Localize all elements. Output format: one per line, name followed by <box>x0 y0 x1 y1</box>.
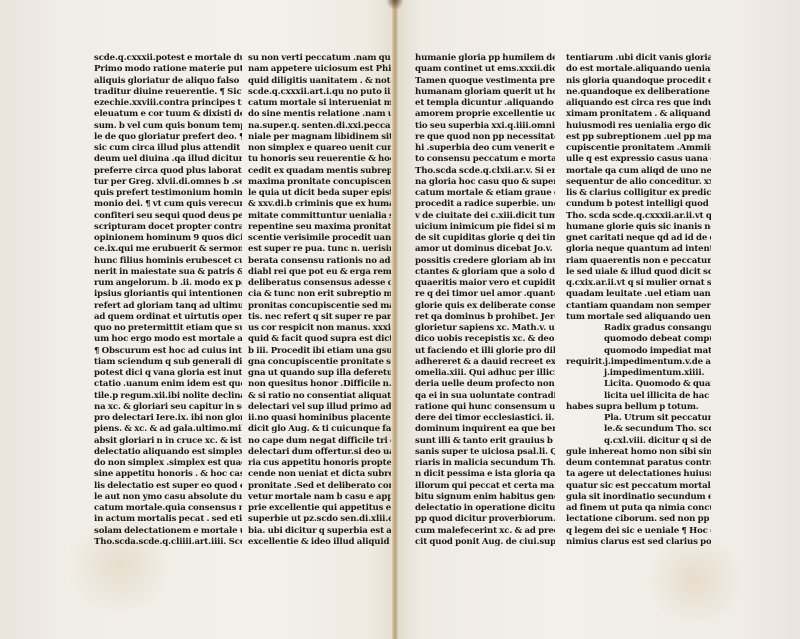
text-line: ctantes & gloriam que a solo deo est no <box>415 267 555 278</box>
text-line: re q dei timor uel amor .quanto huic <box>415 289 555 300</box>
text-line: diabl rei que pot eu & erga rem parum <box>248 267 391 278</box>
text-line: adhereret & a dauid recreet ex illa. Gre… <box>415 357 555 368</box>
text-line: sequentur de alio conceditur. xxv.di.qua <box>566 177 711 188</box>
text-line: ctantiam quandam non semper est pecca <box>566 301 711 312</box>
text-line: catum mortale & etiam graue qa uitetur <box>415 188 555 199</box>
left-page-column-1: scde.q.cxxxii.potest e mortale duplicite… <box>94 53 242 548</box>
text-line: scentie verisimile procedit uana gloria … <box>248 233 391 244</box>
text-line: delectatio aliquando est simplex. & aliq… <box>94 447 242 458</box>
text-line: Tamen quoque vestimenta precipua n ob <box>415 76 555 87</box>
text-line: qa ei in sua uoluntate contradicit & ead… <box>415 391 555 402</box>
text-line: gna ut quando sup illa deferetur homini <box>248 368 391 379</box>
text-line: riaris in malicia secundum Th. de lira q <box>415 458 555 469</box>
right-page-column-1: humanie gloria pp humilem delectacionemq… <box>415 53 555 548</box>
text-line: sanis super te uiciosa psal.li. Quid glo <box>415 447 555 458</box>
book-spread: scde.q.cxxxii.potest e mortale duplicite… <box>0 0 800 639</box>
text-line: & xxv.di.b criminis que ex humana infir <box>248 199 391 210</box>
text-line: lis & clarius colligitur ex predictis . … <box>566 188 711 199</box>
text-line: do est mortale.aliquando ueniale.nam ina <box>566 64 711 75</box>
text-line: nam appetere uiciosum est Phil. iii. u <box>248 64 391 75</box>
text-line: re que quod non pp necessitatem suam <box>415 132 555 143</box>
text-line: nimius clarus est sed clarius ponitur i … <box>566 537 711 548</box>
text-line: do sine mentis relatione .nam ut note Bo <box>248 109 391 120</box>
text-line: ad quem ordinat et uirtutis opera. & pro <box>94 312 242 323</box>
text-line: tio seu superbia xxi.q.iiii.omnis deo of… <box>415 121 555 132</box>
text-line: dicit glo Aug. & ti cuicunque facile e l… <box>248 424 391 435</box>
text-line: quid & facit quod supra est dictum furti <box>248 334 391 345</box>
text-line: q legem dei sic e ueniale ¶ Hoc dictum <box>566 526 711 537</box>
text-line: solam delectationem e mortale ut notat <box>94 526 242 537</box>
text-line: le.& secundum Tho. scda scde. <box>566 424 711 435</box>
text-line: tur per Greg. xlvii.di.omnes b .seu cu <box>94 177 242 188</box>
text-line: delectari dum offertur.si deo uana glo <box>248 447 391 458</box>
text-line: tentiarum .ubi dicit vanis gloria aliqua… <box>566 53 711 64</box>
text-line: do non simplex .simplex est quado uenit <box>94 458 242 469</box>
text-line: gloria neque quantum ad intentionem glo <box>566 244 711 255</box>
text-line: catum mortale.quia consensus non solu <box>94 503 242 514</box>
text-line: deum contemnat paratus contra dei precep… <box>566 458 711 469</box>
text-line: deliberatus consensus adesse cum mali <box>248 278 391 289</box>
text-line: n dicit pessima e ista gloria qa propter… <box>415 469 555 480</box>
text-line: sic cum circa illud plus attendit q erga <box>94 143 242 154</box>
text-line: sine appetitu honoris . & hoc casu nec t… <box>94 469 242 480</box>
text-line: gule inhereat homo non sibi sint pp quas <box>566 447 711 458</box>
text-line: ezechie.xxviii.contra principes tiri dic… <box>94 98 242 109</box>
text-line: hunc filius hominis erubescet cum ue <box>94 256 242 267</box>
text-line: Primo modo ratione materie puta cus <box>94 64 242 75</box>
text-line: no cape dum negat difficile tri e eu no <box>248 436 391 447</box>
text-line: piens. & xc. & ad gala.ultimo.mihi autem <box>94 424 242 435</box>
text-line: pp quod dicitur proverbiorum. ii. letant <box>415 514 555 525</box>
text-line: pro delectari Iere.ix. ibi non glorietur… <box>94 413 242 424</box>
text-line: Tho.scda scde.q.clxii.ar.v. Si ergo ua <box>415 166 555 177</box>
text-line: ut faciendo et illi glorie pro dilection… <box>415 346 555 357</box>
text-line: pronitas concupiscentie sed malicia men <box>248 301 391 312</box>
text-line: hi .superbia deo cum venerit et delibera <box>415 143 555 154</box>
text-line: nis gloria quandoque procedit ex subrept… <box>566 76 711 87</box>
text-line: ret qa dominus b prohibet. Jere.ix.ibi n <box>415 312 555 323</box>
text-line: est pp subreptionem .uel pp maximam con <box>566 132 711 143</box>
text-line: superbie ut pz.scdo sen.di.xlii.c.et sup… <box>248 514 391 525</box>
binding-shadow <box>386 0 404 10</box>
text-line: humane glorie quis sic inanis non repu <box>566 222 711 233</box>
text-line: tu honoris seu reuerentie & hoc casu si … <box>248 154 391 165</box>
text-line: non simplex e quareo uenit cum appeti <box>248 143 391 154</box>
text-line: Tho. scda scde.q.cxxxii.ar.ii.vt q si am… <box>566 211 711 222</box>
text-line: aliquis gloriatur de aliquo falso quod 9 <box>94 76 242 87</box>
text-line: scde.q.cxxxii.potest e mortale duplicite… <box>94 53 242 64</box>
text-line: sum. b vel cum quis bonum tempora <box>94 121 242 132</box>
text-line: traditur diuine reuerentie. ¶ Sicut est <box>94 87 242 98</box>
text-line: ta agere ut delectationes huiusmodi asse <box>566 469 711 480</box>
text-line: potest dici q vana gloria est inutilis d… <box>94 368 242 379</box>
text-line: delectari vel sup illud primo ad thessal… <box>248 402 391 413</box>
text-line: quatur sic est peccatum mortale.si vero … <box>566 481 711 492</box>
text-line: prie excellentie qui appetitus est speci… <box>248 503 391 514</box>
text-line: quam continet ut ems.xxxii.dicit Greg. <box>415 64 555 75</box>
text-line: tiam sciendum q sub generali diffinition… <box>94 357 242 368</box>
right-page-column-2: tentiarum .ubi dicit vanis gloria aliqua… <box>566 53 711 548</box>
text-line: um hoc ergo modo est mortale aliter no <box>94 334 242 345</box>
text-line: licita uel illicita de hac materia <box>566 391 711 402</box>
text-line: ximam pronitatem . & aliquando no circa <box>566 109 711 120</box>
text-line: to consensu peccatum e mortale ut no. <box>415 154 555 165</box>
text-line: humanam gloriam querit ut honorabili <box>415 87 555 98</box>
book-gutter <box>392 0 398 639</box>
text-line: berata consensu rationis no adest talis <box>248 256 391 267</box>
text-line: na xc. & gloriari seu capitur in scriptu… <box>94 402 242 413</box>
text-line: eleuatum e cor tuum & dixisti deus ego <box>94 109 242 120</box>
text-line: us cor respicit non manus. xxxii.q.v.si <box>248 323 391 334</box>
text-line: scde.q.cxxxii.art.i.qu no puto iii q sit… <box>248 87 391 98</box>
text-line: le quia ut dicit beda super epistola Jac… <box>248 188 391 199</box>
text-line: pronitate .Sed et deliberato consensu ui <box>248 481 391 492</box>
text-line: vetur mortale nam b casu e appetitus p <box>248 492 391 503</box>
text-line: huiusmodi res uenialia ergo dicitur cum <box>566 121 711 132</box>
text-line: ne.quandoque ex deliberatione .& iterum <box>566 87 711 98</box>
text-line: bia. ubi dicitur q superbia est amor pro <box>248 526 391 537</box>
text-line: refert ad gloriam tanq ad ultimus finis <box>94 301 242 312</box>
text-line: possitis credere gloriam ab inuicem exsp… <box>415 256 555 267</box>
text-line: quomodo debeat computari & <box>566 334 711 345</box>
text-line: mortale qa cum aliqd de uno negatur 9 <box>566 166 711 177</box>
text-line: catum mortale si interueniat magna libi <box>248 98 391 109</box>
text-line: de sit cupiditas glorie q dei timor uel <box>415 233 555 244</box>
text-line: illorum qui peccat et certa malicia et h… <box>415 481 555 492</box>
text-line: scripturam docet propter contrarium <box>94 222 242 233</box>
text-line: glorie quis ex deliberate consensu adhe <box>415 301 555 312</box>
text-line: repentine seu maxima pronitate concupi <box>248 222 391 233</box>
text-line: j.impedimentum.xiiii. <box>566 368 711 379</box>
text-line: est super re pua. tunc n. uerisimiliter … <box>248 244 391 255</box>
text-line: omelia.xiii. Qui adhuc per illicita desi <box>415 368 555 379</box>
text-line: tile.p regum.xii.ibi nolite declinare po… <box>94 391 242 402</box>
text-line: cia & tunc non erit subreptio mentis seu <box>248 289 391 300</box>
text-line: ce.ix.qui me erubuerit & sermones meos <box>94 244 242 255</box>
text-line: in actum mortalis pecat . sed etiam in <box>94 514 242 525</box>
text-line: gna concupiscentie pronitate super re ma <box>248 357 391 368</box>
text-line: quaeritis maior vero et cupiditas glo <box>415 278 555 289</box>
text-line: excellentie & ideo illud aliquid uocatur <box>248 537 391 548</box>
left-page-column-2: su non verti peccatum .nam quod sbet ian… <box>248 53 391 548</box>
text-line: deria uelle deum profecto non diligit <box>415 379 555 390</box>
text-line: cupiscentie pronitatem .Ammiis q doctor <box>566 143 711 154</box>
text-line: amor ut dominus dicebat Jo.v. quomo <box>415 244 555 255</box>
text-line: mitate committuntur uenialia sunt. & ex … <box>248 211 391 222</box>
text-line: ratione qui hunc consensum uidetur abi <box>415 402 555 413</box>
text-line: le de quo gloriatur prefert deo. ¶ B ait <box>94 132 242 143</box>
text-line: maxima pronitate concupiscentie e venia <box>248 177 391 188</box>
text-line: absit gloriari n in cruce xc. & ista ina… <box>94 436 242 447</box>
text-line: ipsius gloriantis qui intentionem suam <box>94 289 242 300</box>
text-line: ii.no quasi hominibus placentes sed deo <box>248 413 391 424</box>
text-line: quomodo impediat matrimonium <box>566 346 711 357</box>
text-line: niale per magnam libidinem sit mortale <box>248 132 391 143</box>
text-line: ulle q est expressio casus uana gloria s… <box>566 154 711 165</box>
text-line: deum uel diuina .qa illud dicitur quis <box>94 154 242 165</box>
text-line: monio dei. ¶ vt cum quis verecundatur <box>94 199 242 210</box>
text-line: riam quaerentis non e peccatum morta <box>566 256 711 267</box>
text-line: ¶ Obscurum est hoc ad cuius intellige <box>94 346 242 357</box>
text-line: su non verti peccatum .nam quod sbet ia <box>248 53 391 64</box>
text-line: gnet caritati neque qd ad id de quo est <box>566 233 711 244</box>
text-line: bitu signum enim habitus generat est <box>415 492 555 503</box>
text-line: delectatio in operatione dicitur ii. eth… <box>415 503 555 514</box>
text-line: dico uobis recepistis xc. & deo conc <box>415 334 555 345</box>
text-line: le aut non ymo casu absolute dubio est p… <box>94 492 242 503</box>
text-line: cende non ueniat et dicta subreptione se… <box>248 469 391 480</box>
text-line: glorietur sapiens xc. Math.v. ubi amen <box>415 323 555 334</box>
text-line: amorem proprie excellentie uocatur cla <box>415 109 555 120</box>
text-line: le sed uiale & illud quod dicit scda scd… <box>566 267 711 278</box>
text-line: tis. nec refert q sit super re parua ga … <box>248 312 391 323</box>
text-line: Radix gradus consanguinitatis <box>566 323 711 334</box>
text-line: et templa dicuntur .aliquando deo pp <box>415 98 555 109</box>
text-line: cum malefecerint xc. & ad predicta fa <box>415 526 555 537</box>
text-line: ad finem ut puta qa nimia concupiscit b <box>566 503 711 514</box>
text-line: Licita. Quomodo & quando sit <box>566 379 711 390</box>
text-line: humanie gloria pp humilem delectacionem <box>415 53 555 64</box>
text-line: nerit in maiestate sua & patris & sancto <box>94 267 242 278</box>
text-line: lectatione ciborum. sed non pp hoc facer… <box>566 514 711 525</box>
text-line: Pla. Utrum sit peccatum morta <box>566 413 711 424</box>
text-line: ctatio .uanum enim idem est quod in u <box>94 379 242 390</box>
text-line: non quesitus honor .Difficile n.est tu <box>248 379 391 390</box>
text-line: Tho.scda.scde.q.cliiii.art.iiii. Scdo ca <box>94 537 242 548</box>
text-line: lis delectatio est super eo quod est mor… <box>94 481 242 492</box>
text-line: ria cus appetitu honoris propter seu mar <box>248 458 391 469</box>
text-line: opinionem hominum 9 quos dicitur Lu <box>94 233 242 244</box>
text-line: tum mortale sed aliquando ueniale. <box>566 312 711 323</box>
text-line: cit quod ponit Aug. de ciui.super.ii. se… <box>415 537 555 548</box>
text-line: requirit.j.impedimentum.v.de affinitate <box>566 357 711 368</box>
text-line: quadam leuitate .uel etiam uanitate pp i… <box>566 289 711 300</box>
text-line: quis prefert testimonium hominum testi <box>94 188 242 199</box>
text-line: procedit a radice superbie. unde Aug. <box>415 199 555 210</box>
text-line: na.super.q. senten.di.xxi.peccatum ue <box>248 121 391 132</box>
text-line: cedit ex quadam mentis subreptione uel <box>248 166 391 177</box>
text-line: q.cxl.viii. dicitur q si delectatio <box>566 436 711 447</box>
text-line: preferre circa quod plus laborat ut dici <box>94 166 242 177</box>
text-line: habes supra bellum p totum. <box>566 402 711 413</box>
text-line: dere dei timor ecclesiastici. ii. Qui ti… <box>415 413 555 424</box>
text-line: gula sit inordinatio secundum ea que sun… <box>566 492 711 503</box>
text-line: v de ciuitate dei c.xiii.dicit tum est h… <box>415 211 555 222</box>
text-line: q.cxix.ar.ii.vt q si mulier ornat se ex <box>566 278 711 289</box>
text-line: sunt illi & tanto erit grauius b pctm q … <box>415 436 555 447</box>
text-line: na gloria hoc casu quo & superbia e pec <box>415 177 555 188</box>
text-line: & si ratio no consentiat aliquatenus no <box>248 391 391 402</box>
text-line: quid diligitis uanitatem . & note Tho.sc… <box>248 76 391 87</box>
text-line: rum angelorum. b .ii. modo ex parte <box>94 278 242 289</box>
text-line: dominum inquirent ea que beneplacita <box>415 424 555 435</box>
text-line: aliquando est circa res que inducunt ma <box>566 98 711 109</box>
text-line: cundum b potest intelligi quod dicitur <box>566 199 711 210</box>
text-line: quo no pretermittit etiam que sunt 9 ve <box>94 323 242 334</box>
text-line: b iii. Procedit ibi etiam una gsu et ma <box>248 346 391 357</box>
text-line: confiteri seu sequi quod deus per sacra <box>94 211 242 222</box>
text-line: uicium inimicum pie fidei si maior i co <box>415 222 555 233</box>
